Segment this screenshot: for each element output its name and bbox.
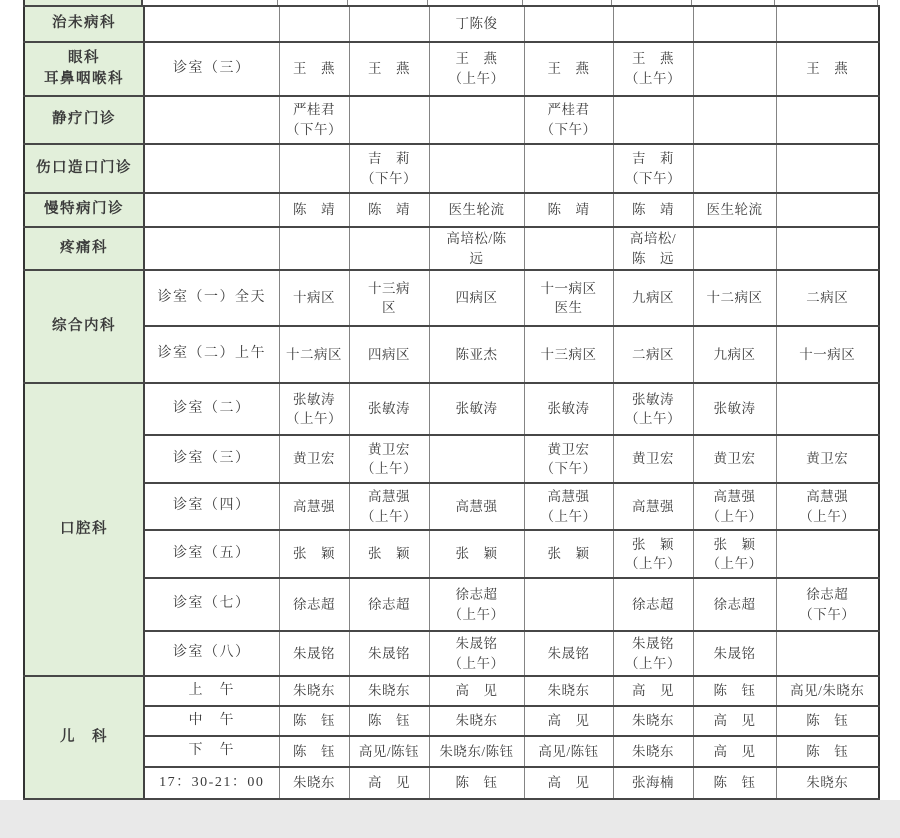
room-cell: 诊室（八） (144, 631, 279, 676)
schedule-cell: 朱晓东/陈钰 (429, 736, 524, 767)
table-row: 诊室（七）徐志超徐志超徐志超 （上午）徐志超徐志超徐志超 （下午） (24, 578, 879, 631)
cropped-cell (523, 0, 612, 5)
schedule-cell (693, 144, 776, 193)
schedule-cell: 医生轮流 (429, 193, 524, 227)
schedule-cell: 王 燕 (349, 42, 429, 96)
dept-cell: 静疗门诊 (24, 96, 144, 144)
cropped-previous-row (23, 0, 878, 5)
table-row: 慢特病门诊陈 靖陈 靖医生轮流陈 靖陈 靖医生轮流 (24, 193, 879, 227)
schedule-cell (776, 383, 879, 435)
schedule-cell: 四病区 (429, 270, 524, 326)
room-cell: 诊室（一）全天 (144, 270, 279, 326)
cropped-dept-cell (23, 0, 143, 5)
schedule-cell: 高慧强 （上午） (693, 483, 776, 530)
room-cell: 诊室（二）上午 (144, 326, 279, 383)
schedule-cell: 徐志超 （下午） (776, 578, 879, 631)
room-cell: 诊室（三） (144, 435, 279, 483)
schedule-cell: 高见/陈钰 (524, 736, 613, 767)
table-row: 诊室（八）朱晟铭朱晟铭朱晟铭 （上午）朱晟铭朱晟铭 （上午）朱晟铭 (24, 631, 879, 676)
schedule-table-wrap: 治未病科丁陈俊眼科 耳鼻咽喉科诊室（三）王 燕王 燕王 燕 （上午）王 燕王 燕… (23, 5, 878, 800)
schedule-cell: 徐志超 （上午） (429, 578, 524, 631)
schedule-cell: 朱晓东 (279, 767, 349, 799)
schedule-cell: 朱晓东 (776, 767, 879, 799)
schedule-cell (776, 631, 879, 676)
schedule-cell: 高见/陈钰 (349, 736, 429, 767)
schedule-cell: 王 燕 (776, 42, 879, 96)
schedule-cell: 朱晓东 (613, 736, 693, 767)
table-row: 诊室（五）张 颖张 颖张 颖张 颖张 颖 （上午）张 颖 （上午） (24, 530, 879, 578)
cropped-cell (612, 0, 692, 5)
table-row: 儿 科上 午朱晓东朱晓东高 见朱晓东高 见陈 钰高见/朱晓东 (24, 676, 879, 706)
schedule-cell: 四病区 (349, 326, 429, 383)
dept-cell: 伤口造口门诊 (24, 144, 144, 193)
room-cell: 上 午 (144, 676, 279, 706)
schedule-cell: 吉 莉 （下午） (349, 144, 429, 193)
schedule-cell: 朱晓东 (524, 676, 613, 706)
schedule-cell: 高慧强 （上午） (524, 483, 613, 530)
schedule-cell: 张 颖 (279, 530, 349, 578)
table-row: 诊室（二）上午十二病区四病区陈亚杰十三病区二病区九病区十一病区 (24, 326, 879, 383)
schedule-cell: 高慧强 （上午） (776, 483, 879, 530)
schedule-cell: 丁陈俊 (429, 6, 524, 42)
room-cell: 中 午 (144, 706, 279, 736)
bottom-gray-strip (0, 800, 900, 838)
table-row: 诊室（四）高慧强高慧强 （上午）高慧强高慧强 （上午）高慧强高慧强 （上午）高慧… (24, 483, 879, 530)
schedule-cell (776, 530, 879, 578)
schedule-table: 治未病科丁陈俊眼科 耳鼻咽喉科诊室（三）王 燕王 燕王 燕 （上午）王 燕王 燕… (23, 5, 880, 800)
schedule-cell: 十三病 区 (349, 270, 429, 326)
cropped-cell (775, 0, 878, 5)
schedule-cell: 朱晟铭 （上午） (613, 631, 693, 676)
table-row: 口腔科诊室（二）张敏涛 （上午）张敏涛张敏涛张敏涛张敏涛 （上午）张敏涛 (24, 383, 879, 435)
schedule-cell: 九病区 (693, 326, 776, 383)
schedule-cell: 张敏涛 (524, 383, 613, 435)
schedule-cell: 陈 钰 (279, 706, 349, 736)
schedule-cell: 高 见 (524, 767, 613, 799)
table-row: 诊室（三）黄卫宏黄卫宏 （上午）黄卫宏 （下午）黄卫宏黄卫宏黄卫宏 (24, 435, 879, 483)
room-cell (144, 193, 279, 227)
schedule-cell: 十一病区 医生 (524, 270, 613, 326)
schedule-cell: 陈 靖 (349, 193, 429, 227)
schedule-cell: 王 燕 （上午） (613, 42, 693, 96)
schedule-cell: 十二病区 (279, 326, 349, 383)
schedule-cell: 张敏涛 (693, 383, 776, 435)
schedule-cell (613, 6, 693, 42)
schedule-cell (524, 144, 613, 193)
schedule-cell: 张敏涛 （上午） (613, 383, 693, 435)
schedule-cell: 黄卫宏 （下午） (524, 435, 613, 483)
table-row: 综合内科诊室（一）全天十病区十三病 区四病区十一病区 医生九病区十二病区二病区 (24, 270, 879, 326)
schedule-cell: 朱晓东 (349, 676, 429, 706)
table-row: 治未病科丁陈俊 (24, 6, 879, 42)
schedule-cell: 张海楠 (613, 767, 693, 799)
schedule-cell: 朱晓东 (279, 676, 349, 706)
schedule-cell: 徐志超 (349, 578, 429, 631)
schedule-cell (429, 144, 524, 193)
schedule-cell (279, 6, 349, 42)
schedule-cell: 黄卫宏 (613, 435, 693, 483)
schedule-cell: 朱晟铭 (693, 631, 776, 676)
schedule-cell: 高慧强 （上午） (349, 483, 429, 530)
schedule-cell: 严桂君 （下午） (279, 96, 349, 144)
schedule-cell: 朱晟铭 (349, 631, 429, 676)
schedule-cell: 张 颖 (524, 530, 613, 578)
table-row: 伤口造口门诊吉 莉 （下午）吉 莉 （下午） (24, 144, 879, 193)
schedule-cell (776, 96, 879, 144)
room-cell (144, 144, 279, 193)
schedule-cell (693, 96, 776, 144)
schedule-cell: 徐志超 (279, 578, 349, 631)
schedule-cell: 陈 钰 (279, 736, 349, 767)
schedule-cell: 王 燕 （上午） (429, 42, 524, 96)
schedule-cell: 张敏涛 （上午） (279, 383, 349, 435)
schedule-cell (776, 193, 879, 227)
schedule-cell: 陈 靖 (524, 193, 613, 227)
schedule-cell (429, 96, 524, 144)
schedule-cell: 高培松/陈 远 (429, 227, 524, 270)
schedule-cell: 张 颖 （上午） (613, 530, 693, 578)
schedule-cell: 高慧强 (279, 483, 349, 530)
schedule-cell (429, 435, 524, 483)
schedule-cell: 王 燕 (524, 42, 613, 96)
schedule-cell: 十病区 (279, 270, 349, 326)
schedule-cell: 陈 靖 (613, 193, 693, 227)
schedule-cell (613, 96, 693, 144)
schedule-cell: 吉 莉 （下午） (613, 144, 693, 193)
schedule-cell (693, 42, 776, 96)
schedule-cell: 十三病区 (524, 326, 613, 383)
schedule-cell (349, 96, 429, 144)
schedule-cell (524, 578, 613, 631)
schedule-cell: 严桂君 （下午） (524, 96, 613, 144)
table-row: 疼痛科高培松/陈 远高培松/ 陈 远 (24, 227, 879, 270)
schedule-cell: 十一病区 (776, 326, 879, 383)
dept-cell: 口腔科 (24, 383, 144, 676)
schedule-cell: 张 颖 (429, 530, 524, 578)
schedule-cell: 高 见 (429, 676, 524, 706)
schedule-cell: 高 见 (349, 767, 429, 799)
schedule-cell: 张 颖 （上午） (693, 530, 776, 578)
room-cell: 诊室（五） (144, 530, 279, 578)
room-cell (144, 6, 279, 42)
schedule-cell: 黄卫宏 (279, 435, 349, 483)
room-cell: 诊室（三） (144, 42, 279, 96)
cropped-cell (692, 0, 775, 5)
schedule-cell (279, 227, 349, 270)
schedule-cell: 王 燕 (279, 42, 349, 96)
schedule-cell (693, 227, 776, 270)
table-row: 静疗门诊严桂君 （下午）严桂君 （下午） (24, 96, 879, 144)
schedule-cell: 高 见 (693, 736, 776, 767)
dept-cell: 慢特病门诊 (24, 193, 144, 227)
schedule-cell: 张敏涛 (429, 383, 524, 435)
table-row: 中 午陈 钰陈 钰朱晓东高 见朱晓东高 见陈 钰 (24, 706, 879, 736)
schedule-cell: 朱晟铭 (524, 631, 613, 676)
schedule-cell: 陈 钰 (349, 706, 429, 736)
cropped-cell (348, 0, 428, 5)
schedule-cell (524, 6, 613, 42)
dept-cell: 儿 科 (24, 676, 144, 799)
room-cell: 诊室（七） (144, 578, 279, 631)
dept-cell: 综合内科 (24, 270, 144, 383)
scanned-schedule-page: 治未病科丁陈俊眼科 耳鼻咽喉科诊室（三）王 燕王 燕王 燕 （上午）王 燕王 燕… (0, 0, 900, 838)
room-cell: 17：30-21：00 (144, 767, 279, 799)
room-cell: 诊室（二） (144, 383, 279, 435)
schedule-cell: 医生轮流 (693, 193, 776, 227)
cropped-cell (278, 0, 348, 5)
cropped-cell (143, 0, 278, 5)
schedule-cell: 徐志超 (613, 578, 693, 631)
schedule-cell: 高 见 (693, 706, 776, 736)
schedule-cell: 高慧强 (429, 483, 524, 530)
schedule-cell: 张敏涛 (349, 383, 429, 435)
schedule-cell: 徐志超 (693, 578, 776, 631)
schedule-cell: 高慧强 (613, 483, 693, 530)
table-row: 下 午陈 钰高见/陈钰朱晓东/陈钰高见/陈钰朱晓东高 见陈 钰 (24, 736, 879, 767)
schedule-cell: 十二病区 (693, 270, 776, 326)
schedule-cell: 陈亚杰 (429, 326, 524, 383)
dept-cell: 眼科 耳鼻咽喉科 (24, 42, 144, 96)
schedule-cell: 黄卫宏 (776, 435, 879, 483)
schedule-cell: 陈 钰 (693, 767, 776, 799)
schedule-cell: 九病区 (613, 270, 693, 326)
room-cell: 下 午 (144, 736, 279, 767)
schedule-cell: 朱晟铭 (279, 631, 349, 676)
schedule-cell: 黄卫宏 (693, 435, 776, 483)
schedule-cell: 陈 钰 (693, 676, 776, 706)
schedule-cell: 黄卫宏 （上午） (349, 435, 429, 483)
schedule-cell (524, 227, 613, 270)
schedule-cell: 二病区 (776, 270, 879, 326)
schedule-cell: 高见/朱晓东 (776, 676, 879, 706)
schedule-cell: 陈 钰 (429, 767, 524, 799)
schedule-cell (776, 6, 879, 42)
schedule-cell: 朱晓东 (429, 706, 524, 736)
room-cell: 诊室（四） (144, 483, 279, 530)
cropped-cell (428, 0, 523, 5)
schedule-cell: 朱晓东 (613, 706, 693, 736)
dept-cell: 疼痛科 (24, 227, 144, 270)
schedule-cell (349, 6, 429, 42)
schedule-cell: 高培松/ 陈 远 (613, 227, 693, 270)
table-row: 17：30-21：00朱晓东高 见陈 钰高 见张海楠陈 钰朱晓东 (24, 767, 879, 799)
schedule-cell (279, 144, 349, 193)
room-cell (144, 227, 279, 270)
schedule-cell: 朱晟铭 （上午） (429, 631, 524, 676)
schedule-cell: 二病区 (613, 326, 693, 383)
schedule-cell: 张 颖 (349, 530, 429, 578)
schedule-cell: 高 见 (524, 706, 613, 736)
room-cell (144, 96, 279, 144)
schedule-cell (349, 227, 429, 270)
schedule-cell (776, 144, 879, 193)
schedule-cell: 陈 钰 (776, 736, 879, 767)
dept-cell: 治未病科 (24, 6, 144, 42)
schedule-cell (776, 227, 879, 270)
schedule-cell: 高 见 (613, 676, 693, 706)
schedule-cell (693, 6, 776, 42)
schedule-cell: 陈 钰 (776, 706, 879, 736)
schedule-cell: 陈 靖 (279, 193, 349, 227)
table-row: 眼科 耳鼻咽喉科诊室（三）王 燕王 燕王 燕 （上午）王 燕王 燕 （上午）王 … (24, 42, 879, 96)
